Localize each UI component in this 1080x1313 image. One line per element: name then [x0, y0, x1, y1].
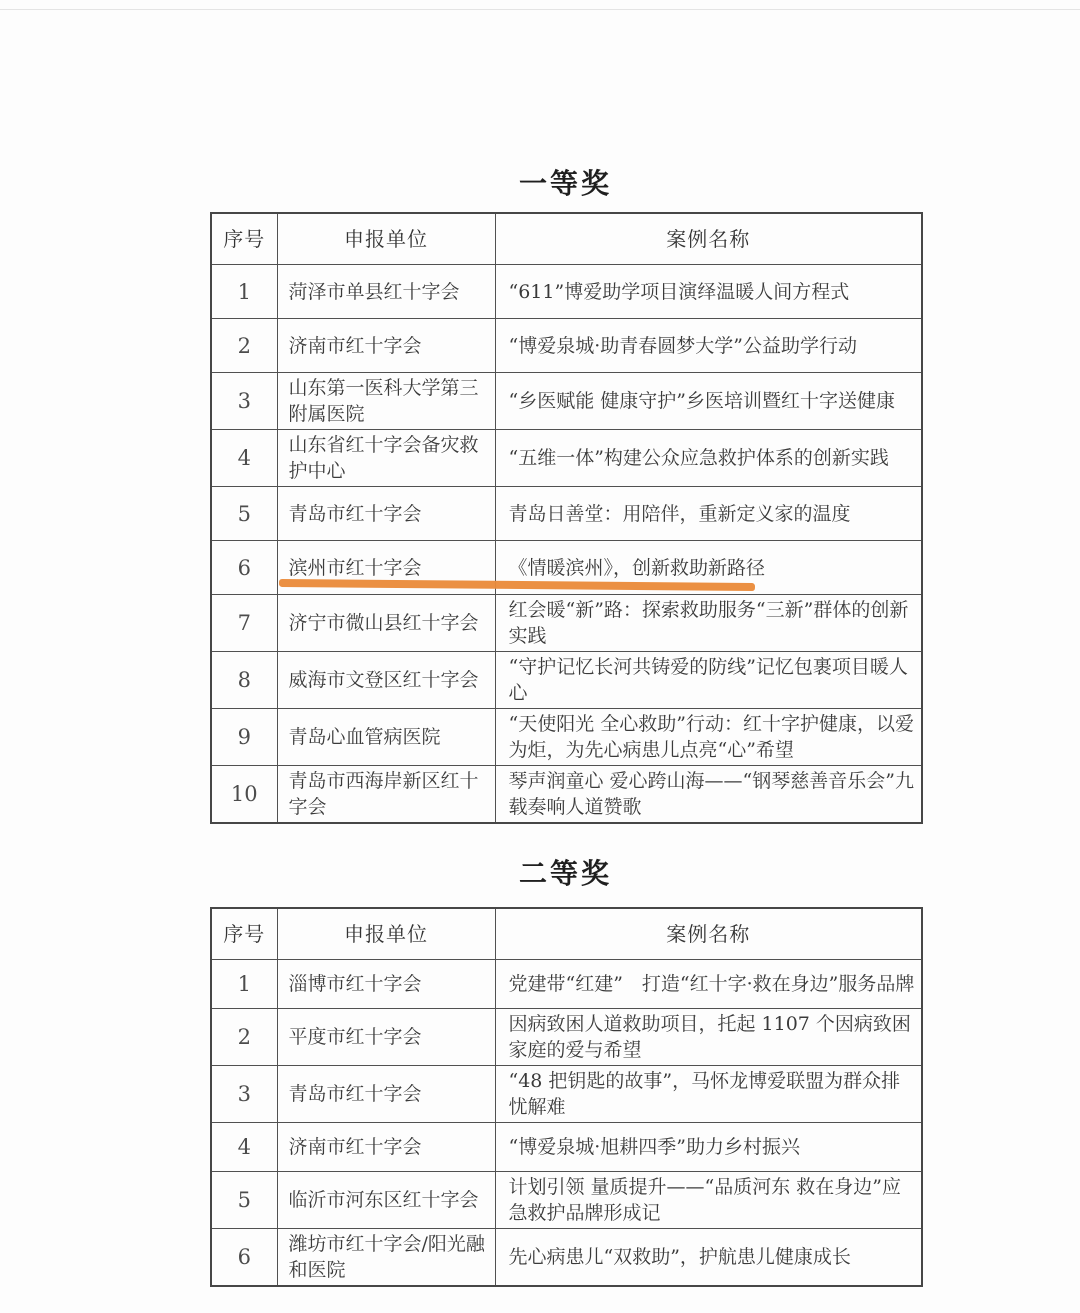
- row-index: 2: [211, 319, 277, 373]
- row-index: 7: [211, 595, 277, 652]
- first-prize-title: 一等奖: [210, 166, 921, 202]
- row-case: “乡医赋能 健康守护”乡医培训暨红十字送健康: [495, 373, 922, 430]
- column-header-index: 序号: [211, 908, 277, 960]
- table-header-row: 序号 申报单位 案例名称: [211, 213, 922, 265]
- row-unit: 济宁市微山县红十字会: [277, 595, 495, 652]
- row-case: 因病致困人道救助项目，托起 1107 个因病致困家庭的爱与希望: [495, 1009, 922, 1066]
- table-row: 4 山东省红十字会备灾救护中心 “五维一体”构建公众应急救护体系的创新实践: [211, 430, 922, 487]
- table-row: 3 青岛市红十字会 “48 把钥匙的故事”，马怀龙博爱联盟为群众排忧解难: [211, 1066, 922, 1123]
- row-index: 8: [211, 652, 277, 709]
- table-row: 7 济宁市微山县红十字会 红会暖“新”路：探索救助服务“三新”群体的创新实践: [211, 595, 922, 652]
- row-index: 6: [211, 1229, 277, 1287]
- row-unit: 青岛市红十字会: [277, 1066, 495, 1123]
- column-header-case: 案例名称: [495, 908, 922, 960]
- row-index: 4: [211, 1123, 277, 1172]
- row-unit: 青岛市西海岸新区红十字会: [277, 766, 495, 824]
- row-case: “611”博爱助学项目演绎温暖人间方程式: [495, 265, 922, 319]
- row-case: 先心病患儿“双救助”，护航患儿健康成长: [495, 1229, 922, 1287]
- table-row: 10 青岛市西海岸新区红十字会 琴声润童心 爱心跨山海——“钢琴慈善音乐会”九载…: [211, 766, 922, 824]
- row-index: 10: [211, 766, 277, 824]
- row-case: “天使阳光 全心救助”行动：红十字护健康，以爱为炬，为先心病患儿点亮“心”希望: [495, 709, 922, 766]
- row-case: 青岛日善堂：用陪伴，重新定义家的温度: [495, 487, 922, 541]
- row-case: 红会暖“新”路：探索救助服务“三新”群体的创新实践: [495, 595, 922, 652]
- row-index: 1: [211, 960, 277, 1009]
- table-row: 1 淄博市红十字会 党建带“红建” 打造“红十字·救在身边”服务品牌: [211, 960, 922, 1009]
- row-case: “48 把钥匙的故事”，马怀龙博爱联盟为群众排忧解难: [495, 1066, 922, 1123]
- row-case: “守护记忆长河共铸爱的防线”记忆包裹项目暖人心: [495, 652, 922, 709]
- column-header-unit: 申报单位: [277, 213, 495, 265]
- row-index: 2: [211, 1009, 277, 1066]
- row-index: 5: [211, 487, 277, 541]
- second-prize-title: 二等奖: [210, 856, 921, 892]
- row-index: 9: [211, 709, 277, 766]
- table-row: 6 潍坊市红十字会/阳光融和医院 先心病患儿“双救助”，护航患儿健康成长: [211, 1229, 922, 1287]
- column-header-unit: 申报单位: [277, 908, 495, 960]
- row-case: 琴声润童心 爱心跨山海——“钢琴慈善音乐会”九载奏响人道赞歌: [495, 766, 922, 824]
- column-header-case: 案例名称: [495, 213, 922, 265]
- table-row: 5 临沂市河东区红十字会 计划引领 量质提升——“品质河东 救在身边”应急救护品…: [211, 1172, 922, 1229]
- row-unit: 山东第一医科大学第三附属医院: [277, 373, 495, 430]
- second-prize-table: 序号 申报单位 案例名称 1 淄博市红十字会 党建带“红建” 打造“红十字·救在…: [210, 907, 923, 1287]
- row-index: 6: [211, 541, 277, 595]
- row-unit: 平度市红十字会: [277, 1009, 495, 1066]
- row-index: 1: [211, 265, 277, 319]
- row-case: 党建带“红建” 打造“红十字·救在身边”服务品牌: [495, 960, 922, 1009]
- table-row: 8 威海市文登区红十字会 “守护记忆长河共铸爱的防线”记忆包裹项目暖人心: [211, 652, 922, 709]
- top-divider-line: [0, 9, 1080, 10]
- row-index: 3: [211, 373, 277, 430]
- row-case: “博爱泉城·助青春圆梦大学”公益助学行动: [495, 319, 922, 373]
- row-unit: 淄博市红十字会: [277, 960, 495, 1009]
- row-unit: 潍坊市红十字会/阳光融和医院: [277, 1229, 495, 1287]
- table-row: 3 山东第一医科大学第三附属医院 “乡医赋能 健康守护”乡医培训暨红十字送健康: [211, 373, 922, 430]
- row-unit: 青岛市红十字会: [277, 487, 495, 541]
- row-index: 3: [211, 1066, 277, 1123]
- first-prize-table: 序号 申报单位 案例名称 1 菏泽市单县红十字会 “611”博爱助学项目演绎温暖…: [210, 212, 923, 824]
- row-index: 4: [211, 430, 277, 487]
- table-header-row: 序号 申报单位 案例名称: [211, 908, 922, 960]
- table-row: 1 菏泽市单县红十字会 “611”博爱助学项目演绎温暖人间方程式: [211, 265, 922, 319]
- table-row: 5 青岛市红十字会 青岛日善堂：用陪伴，重新定义家的温度: [211, 487, 922, 541]
- row-unit: 济南市红十字会: [277, 1123, 495, 1172]
- row-unit: 济南市红十字会: [277, 319, 495, 373]
- table-row: 4 济南市红十字会 “博爱泉城·旭耕四季”助力乡村振兴: [211, 1123, 922, 1172]
- row-unit: 菏泽市单县红十字会: [277, 265, 495, 319]
- table-row: 2 平度市红十字会 因病致困人道救助项目，托起 1107 个因病致困家庭的爱与希…: [211, 1009, 922, 1066]
- row-case: “五维一体”构建公众应急救护体系的创新实践: [495, 430, 922, 487]
- row-index: 5: [211, 1172, 277, 1229]
- table-row: 2 济南市红十字会 “博爱泉城·助青春圆梦大学”公益助学行动: [211, 319, 922, 373]
- row-unit: 威海市文登区红十字会: [277, 652, 495, 709]
- table-row: 9 青岛心血管病医院 “天使阳光 全心救助”行动：红十字护健康，以爱为炬，为先心…: [211, 709, 922, 766]
- row-unit: 临沂市河东区红十字会: [277, 1172, 495, 1229]
- award-document-page: 一等奖 序号 申报单位 案例名称 1 菏泽市单县红十字会 “611”博爱助学项目…: [0, 0, 1080, 1313]
- row-case: “博爱泉城·旭耕四季”助力乡村振兴: [495, 1123, 922, 1172]
- row-unit: 青岛心血管病医院: [277, 709, 495, 766]
- row-unit: 山东省红十字会备灾救护中心: [277, 430, 495, 487]
- row-case: 计划引领 量质提升——“品质河东 救在身边”应急救护品牌形成记: [495, 1172, 922, 1229]
- column-header-index: 序号: [211, 213, 277, 265]
